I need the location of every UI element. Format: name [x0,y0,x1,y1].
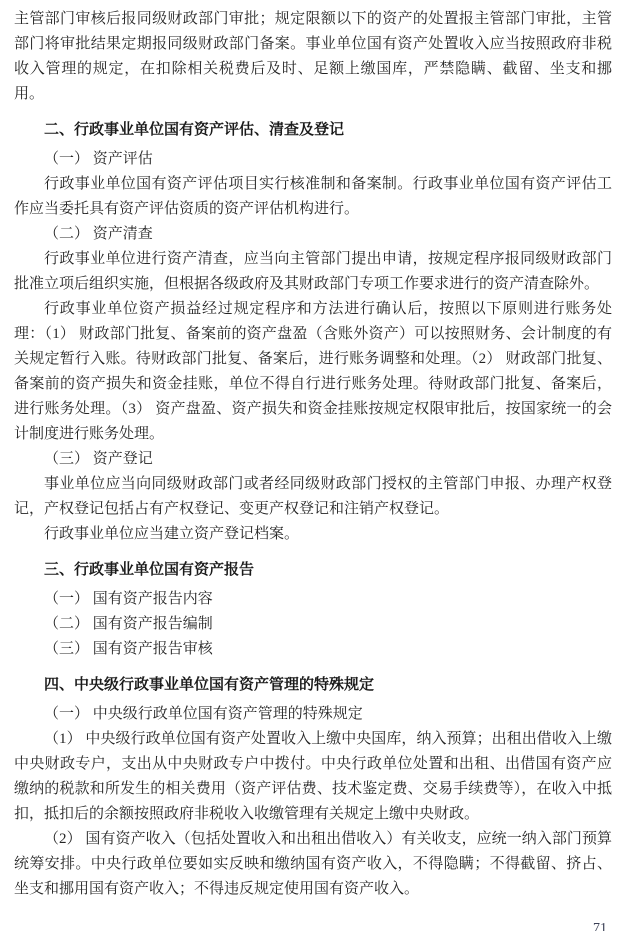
subsection-heading: （一） 国有资产报告内容 [14,587,612,612]
section-heading-4: 四、中央级行政事业单位国有资产管理的特殊规定 [14,672,612,697]
document-page: 主管部门审核后报同级财政部门审批；规定限额以下的资产的处置报主管部门审批，主管部… [0,0,625,931]
paragraph: 行政事业单位应当建立资产登记档案。 [14,522,612,547]
paragraph: 行政事业单位国有资产评估项目实行核准制和备案制。行政事业单位国有资产评估工作应当… [14,172,612,222]
subsection-heading: （二） 资产清查 [14,222,612,247]
subsection-heading: （一） 中央级行政单位国有资产管理的特殊规定 [14,702,612,727]
paragraph: （1） 中央级行政单位国有资产处置收入上缴中央国库，纳入预算；出租出借收入上缴中… [14,727,612,827]
paragraph: （2） 国有资产收入（包括处置收入和出租出借收入）有关收支，应统一纳入部门预算统… [14,827,612,902]
subsection-heading: （三） 资产登记 [14,447,612,472]
paragraph: 行政事业单位资产损益经过规定程序和方法进行确认后，按照以下原则进行账务处理：（1… [14,297,612,447]
paragraph: 事业单位应当向同级财政部门或者经同级财政部门授权的主管部门申报、办理产权登记，产… [14,472,612,522]
subsection-heading: （一） 资产评估 [14,147,612,172]
section-heading-2: 二、行政事业单位国有资产评估、清查及登记 [14,117,612,142]
page-number: 71 [593,921,607,931]
paragraph: 行政事业单位进行资产清查，应当向主管部门提出申请，按规定程序报同级财政部门批准立… [14,247,612,297]
paragraph-continuation: 主管部门审核后报同级财政部门审批；规定限额以下的资产的处置报主管部门审批，主管部… [14,7,612,107]
subsection-heading: （二） 国有资产报告编制 [14,612,612,637]
page-content: 主管部门审核后报同级财政部门审批；规定限额以下的资产的处置报主管部门审批，主管部… [0,0,625,902]
subsection-heading: （三） 国有资产报告审核 [14,637,612,662]
section-heading-3: 三、行政事业单位国有资产报告 [14,557,612,582]
